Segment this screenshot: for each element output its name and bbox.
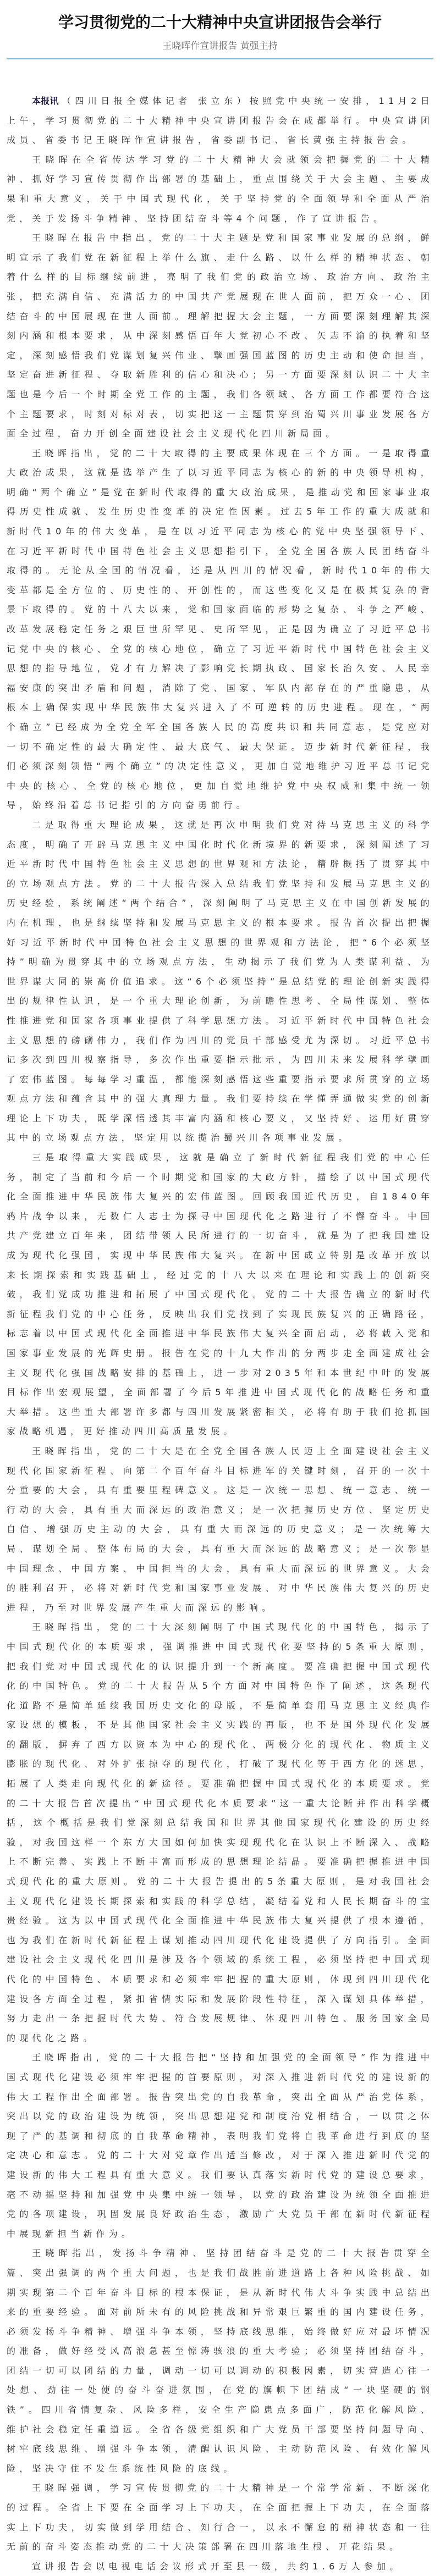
paragraph-lead: 本报讯（四川日报全媒体记者 张立东）按照党中央统一安排，11月2日上午，学习贯彻… — [7, 91, 433, 150]
paragraph: 王晓晖指出，党的二十大报告把“坚持和加强党的全面领导”作为推进中国式现代化建设必… — [7, 2048, 433, 2243]
title-divider — [7, 58, 433, 59]
paragraph: 王晓晖指出，党的二十大是在全党全国各族人民迈上全面建设社会主义现代化国家新征程、… — [7, 1441, 433, 1617]
article-subtitle: 王晓晖作宣讲报告 黄强主持 — [7, 40, 433, 53]
article-body: 本报讯（四川日报全媒体记者 张立东）按照党中央统一安排，11月2日上午，学习贯彻… — [7, 91, 433, 2576]
paragraph: 宣讲报告会以电视电话会议形式开至县一级，共约1.6万人参加。 — [7, 2557, 433, 2576]
paragraph: 王晓晖在报告中指出，党的二十大主题是党和国家事业发展的总纲，鲜明宣示了我们党在新… — [7, 228, 433, 444]
paragraph: 王晓晖指出，发扬斗争精神、坚持团结奋斗是党的二十大报告贯穿全篇、突出强调的两个重… — [7, 2243, 433, 2478]
article-title: 学习贯彻党的二十大精神中央宣讲团报告会举行 — [7, 0, 433, 34]
paragraph: 三是取得重大实践成果，这就是确立了新时代新征程我们党的中心任务，制定了当前和今后… — [7, 1148, 433, 1441]
article: 学习贯彻党的二十大精神中央宣讲团报告会举行 王晓晖作宣讲报告 黄强主持 本报讯（… — [0, 0, 440, 2576]
dateline-lead: 本报讯 — [32, 96, 59, 106]
paragraph-text: （四川日报全媒体记者 张立东）按照党中央统一安排，11月2日上午，学习贯彻党的二… — [7, 96, 433, 145]
paragraph: 王晓晖指出，党的二十大深刻阐明了中国式现代化的中国特色，揭示了中国式现代化的本质… — [7, 1617, 433, 2048]
paragraph: 二是取得重大理论成果，这就是再次申明我们党对待马克思主义的科学态度，明确了开辟马… — [7, 815, 433, 1148]
paragraph: 王晓晖指出，党的二十大取得的主要成果体现在三个方面。一是取得重大政治成果，这就是… — [7, 444, 433, 815]
paragraph: 王晓晖在全省传达学习党的二十大精神大会就领会把握党的二十大精神、抓好学习宣传贯彻… — [7, 150, 433, 228]
paragraph: 王晓晖强调，学习宣传贯彻党的二十大精神是一个常学常新、不断深化的过程。全省上下要… — [7, 2478, 433, 2556]
